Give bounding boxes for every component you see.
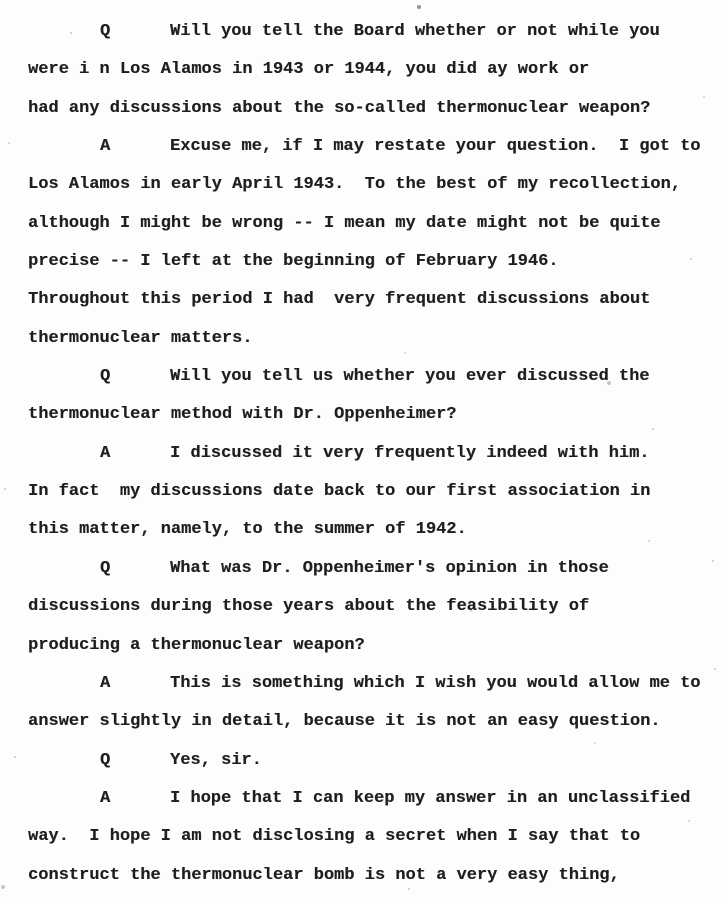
transcript-line: although I might be wrong -- I mean my d… — [28, 205, 726, 243]
transcript-line: precise -- I left at the beginning of Fe… — [28, 243, 726, 281]
line-text: thermonuclear method with Dr. Oppenheime… — [28, 405, 456, 424]
transcript-line: producing a thermonuclear weapon? — [28, 627, 726, 665]
scan-noise-specks — [0, 0, 2, 2]
line-text: In fact my discussions date back to our … — [28, 482, 650, 501]
line-text: Excuse me, if I may restate your questio… — [170, 137, 701, 156]
line-text: producing a thermonuclear weapon? — [28, 636, 365, 655]
line-text: I discussed it very frequently indeed wi… — [170, 444, 649, 463]
transcript-line: Throughout this period I had very freque… — [28, 281, 726, 319]
transcript-line: AI hope that I can keep my answer in an … — [28, 780, 726, 818]
transcript-line: had any discussions about the so-called … — [28, 90, 726, 128]
line-text: What was Dr. Oppenheimer's opinion in th… — [170, 559, 609, 578]
transcript-line: QWill you tell us whether you ever discu… — [28, 358, 726, 396]
transcript-line: QWhat was Dr. Oppenheimer's opinion in t… — [28, 550, 726, 588]
line-text: Will you tell us whether you ever discus… — [170, 367, 649, 386]
transcript: QWill you tell the Board whether or not … — [28, 13, 726, 895]
line-text: Will you tell the Board whether or not w… — [170, 22, 660, 41]
line-text: way. I hope I am not disclosing a secret… — [28, 827, 640, 846]
document-page: QWill you tell the Board whether or not … — [0, 0, 726, 897]
speaker-marker: A — [100, 435, 170, 473]
line-text: Throughout this period I had very freque… — [28, 290, 650, 309]
line-text: thermonuclear matters. — [28, 329, 252, 348]
transcript-line: thermonuclear method with Dr. Oppenheime… — [28, 396, 726, 434]
line-text: construct the thermonuclear bomb is not … — [28, 866, 620, 885]
transcript-line: thermonuclear matters. — [28, 320, 726, 358]
transcript-line: Los Alamos in early April 1943. To the b… — [28, 166, 726, 204]
transcript-line: In fact my discussions date back to our … — [28, 473, 726, 511]
transcript-line: AExcuse me, if I may restate your questi… — [28, 128, 726, 166]
line-text: precise -- I left at the beginning of Fe… — [28, 252, 559, 271]
transcript-line: this matter, namely, to the summer of 19… — [28, 511, 726, 549]
line-text: Los Alamos in early April 1943. To the b… — [28, 175, 681, 194]
transcript-line: AI discussed it very frequently indeed w… — [28, 435, 726, 473]
speaker-marker: Q — [100, 742, 170, 780]
transcript-line: answer slightly in detail, because it is… — [28, 703, 726, 741]
line-text: were i n Los Alamos in 1943 or 1944, you… — [28, 60, 589, 79]
speaker-marker: A — [100, 780, 170, 818]
line-text: Yes, sir. — [170, 751, 262, 770]
transcript-line: were i n Los Alamos in 1943 or 1944, you… — [28, 51, 726, 89]
transcript-line: construct the thermonuclear bomb is not … — [28, 857, 726, 895]
transcript-line: way. I hope I am not disclosing a secret… — [28, 818, 726, 856]
speaker-marker: Q — [100, 550, 170, 588]
line-text: answer slightly in detail, because it is… — [28, 712, 661, 731]
line-text: discussions during those years about the… — [28, 597, 589, 616]
transcript-line: QYes, sir. — [28, 742, 726, 780]
speaker-marker: Q — [100, 358, 170, 396]
speaker-marker: A — [100, 128, 170, 166]
transcript-line: discussions during those years about the… — [28, 588, 726, 626]
transcript-line: QWill you tell the Board whether or not … — [28, 13, 726, 51]
transcript-line: AThis is something which I wish you woul… — [28, 665, 726, 703]
speaker-marker: A — [100, 665, 170, 703]
line-text: I hope that I can keep my answer in an u… — [170, 789, 690, 808]
line-text: this matter, namely, to the summer of 19… — [28, 520, 467, 539]
speaker-marker: Q — [100, 13, 170, 51]
line-text: This is something which I wish you would… — [170, 674, 701, 693]
line-text: although I might be wrong -- I mean my d… — [28, 214, 661, 233]
line-text: had any discussions about the so-called … — [28, 99, 650, 118]
